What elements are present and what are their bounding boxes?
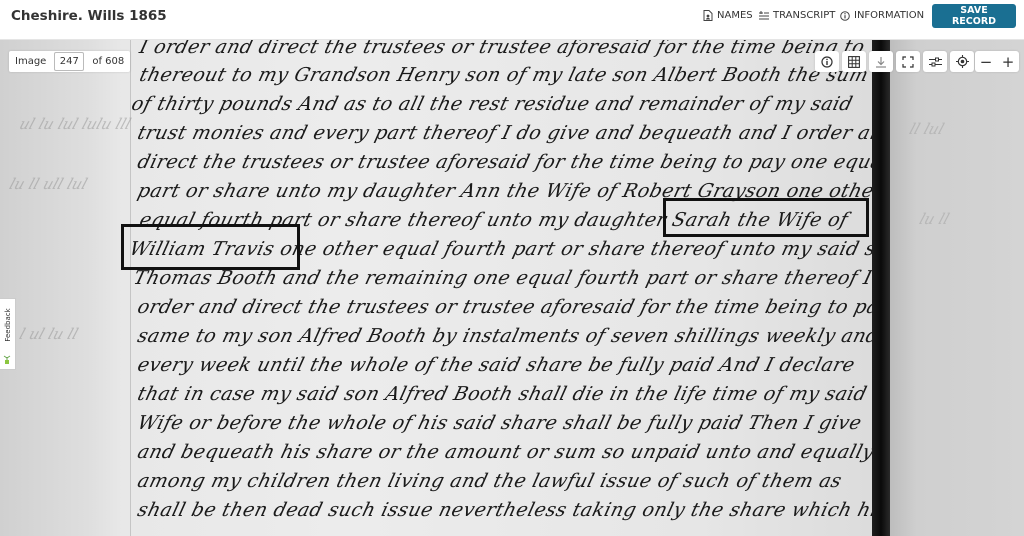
zoom-in-button[interactable]: + (997, 51, 1019, 72)
names-tab[interactable]: NAMES (703, 10, 753, 21)
info-icon (821, 56, 833, 68)
feedback-tab[interactable]: Feedback (0, 298, 16, 370)
book-binding (872, 40, 890, 536)
save-record-button[interactable]: SAVE RECORD (932, 4, 1016, 28)
document-line: that in case my said son Alfred Booth sh… (0, 383, 1013, 405)
viewer-toolbar (815, 51, 977, 72)
document-line: every week until the whole of the said s… (0, 354, 1013, 376)
information-tab[interactable]: INFORMATION (840, 10, 924, 21)
names-doc-icon (703, 10, 713, 21)
grid-view-button[interactable] (842, 51, 866, 72)
feedback-label: Feedback (4, 303, 12, 347)
record-title: Cheshire. Wills 1865 (11, 8, 167, 24)
bleed-through-text: ll lul (907, 120, 946, 138)
document-line: trust monies and every part thereof I do… (0, 122, 1013, 144)
information-tab-label: INFORMATION (854, 10, 924, 21)
transcript-tab[interactable]: TRANSCRIPT (759, 10, 835, 21)
locate-button[interactable] (950, 51, 974, 72)
top-header: Cheshire. Wills 1865 NAMES TRANSCRIPT IN… (0, 0, 1024, 40)
locate-target-icon (956, 55, 969, 68)
download-icon (875, 56, 887, 68)
info-button[interactable] (815, 51, 839, 72)
feedback-plant-icon (2, 355, 12, 365)
image-navigator: Image of 608 (9, 51, 130, 72)
grid-icon (848, 56, 860, 68)
image-viewer[interactable]: ul lu lul lulu lll lu ll ull lul l ul lu… (0, 40, 1024, 536)
image-label: Image (15, 56, 46, 67)
document-line: order and direct the trustees or trustee… (0, 296, 1013, 318)
fullscreen-icon (902, 56, 914, 68)
document-page: ul lu lul lulu lll lu ll ull lul l ul lu… (0, 40, 872, 536)
document-line: direct the trustees or trustee aforesaid… (0, 151, 1013, 173)
document-line: Wife or before the whole of his said sha… (0, 412, 1013, 434)
image-number-input[interactable] (54, 52, 84, 71)
adjust-image-button[interactable] (923, 51, 947, 72)
document-line: Thomas Booth and the remaining one equal… (0, 267, 1009, 289)
document-line: shall be then dead such issue neverthele… (0, 499, 1013, 521)
fullscreen-button[interactable] (896, 51, 920, 72)
transcript-lines-icon (759, 11, 769, 21)
highlight-box-sarah-wife-of[interactable] (663, 198, 869, 237)
document-line: and bequeath his share or the amount or … (0, 441, 1013, 463)
download-button[interactable] (869, 51, 893, 72)
document-line: of thirty pounds And as to all the rest … (0, 93, 1007, 115)
info-circle-icon (840, 11, 850, 21)
bleed-through-text: lu ll (917, 210, 952, 228)
zoom-controls: − + (975, 51, 1019, 72)
names-tab-label: NAMES (717, 10, 753, 21)
highlight-box-william-travis[interactable] (121, 224, 300, 270)
document-line: same to my son Alfred Booth by instalmen… (0, 325, 1013, 347)
adjust-sliders-icon (929, 56, 942, 68)
adjacent-page: ll lul lu ll (890, 40, 1024, 536)
document-line: among my children then living and the la… (0, 470, 1013, 492)
transcript-tab-label: TRANSCRIPT (773, 10, 835, 21)
image-total: of 608 (92, 56, 124, 67)
zoom-out-button[interactable]: − (975, 51, 997, 72)
